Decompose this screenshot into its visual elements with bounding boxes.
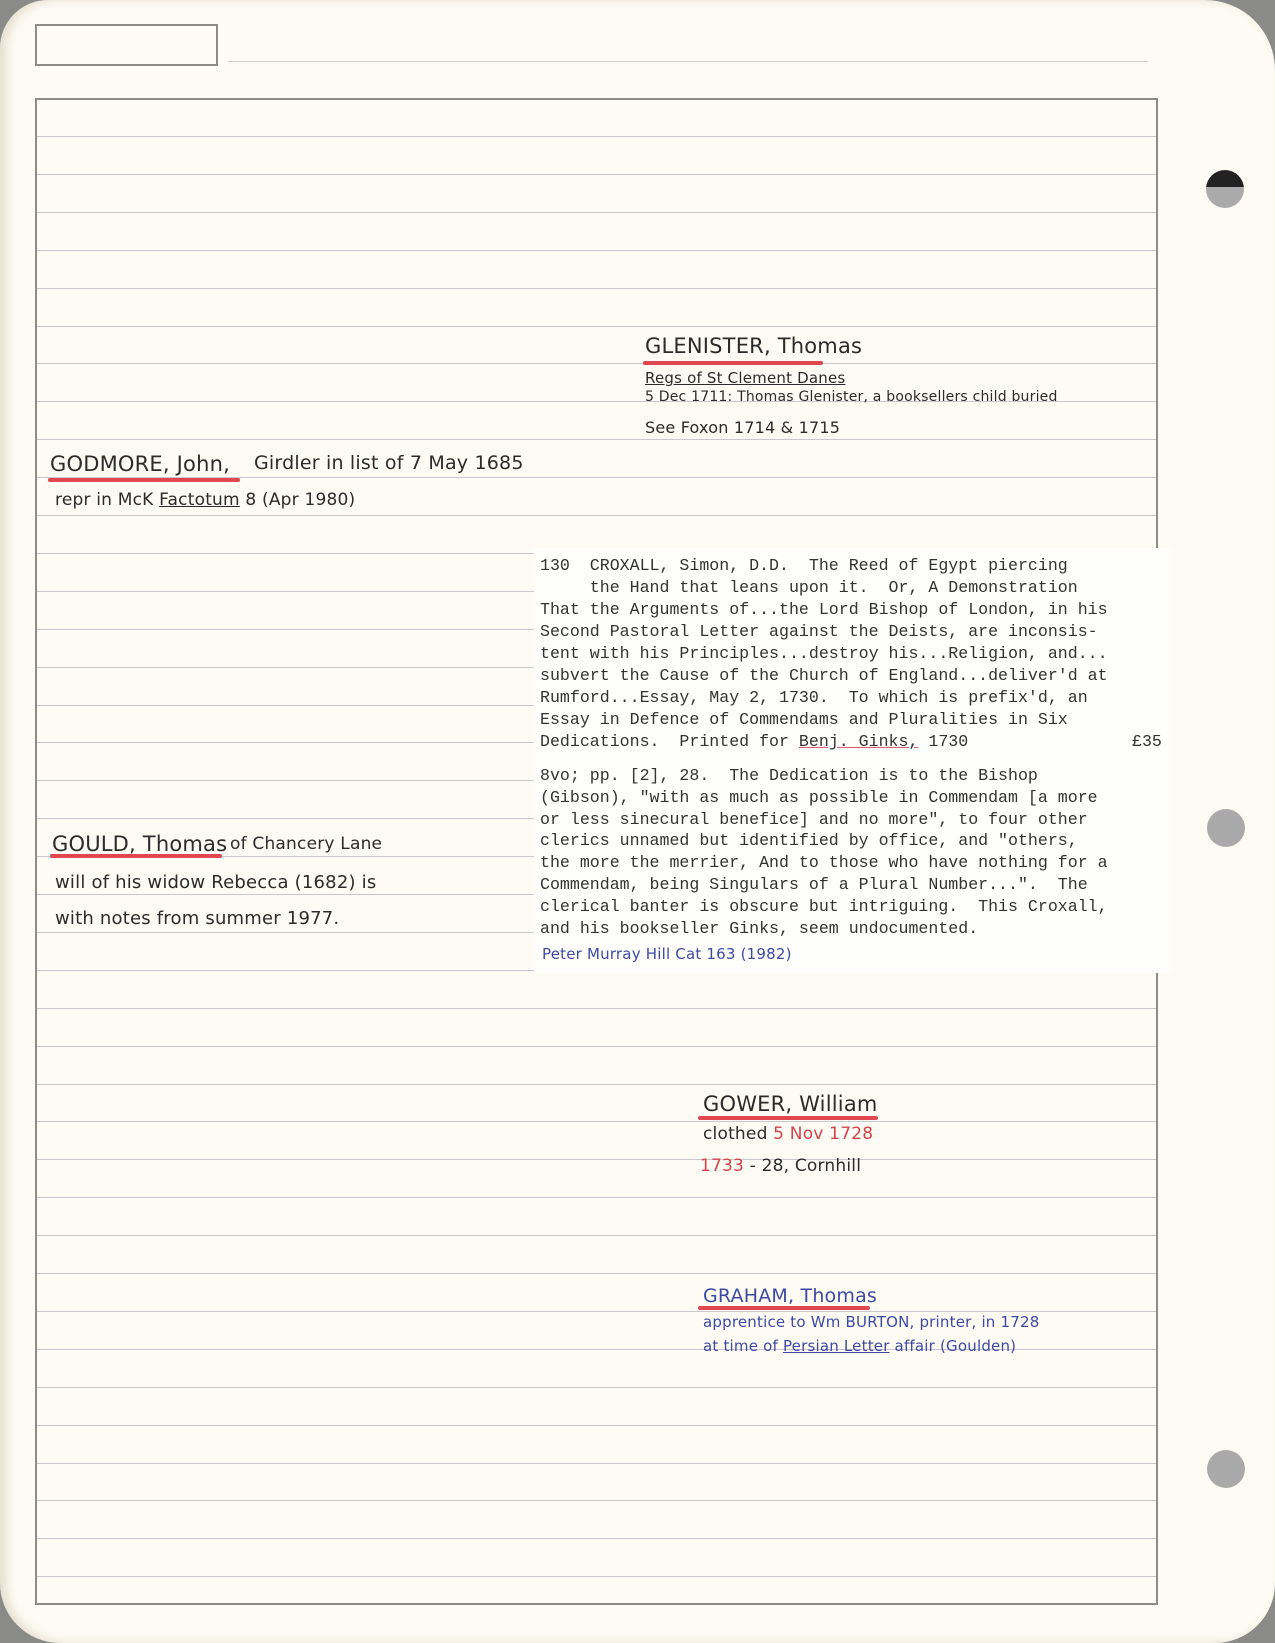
entry-line2: 1733 - 28, Cornhill [700,1156,861,1176]
affair-title: Persian Letter [783,1337,890,1355]
journal-title: Factotum [159,490,240,510]
red-underline [50,854,222,858]
clipping-note-line: (Gibson), "with as much as possible in C… [540,787,1098,809]
clipping-line: Rumford...Essay, May 2, 1730. To which i… [540,687,1088,709]
entry-source: Regs of St Clement Danes [645,369,845,387]
red-underline [698,1116,878,1120]
ruled-line [37,212,1156,213]
clipping-note-line: 8vo; pp. [2], 28. The Dedication is to t… [540,765,1038,787]
clipping-note-line: the more the merrier, And to those who h… [540,852,1108,874]
ruled-line [37,1008,1156,1009]
clipping-line: tent with his Principles...destroy his..… [540,643,1108,665]
clipping-note-line: clerical banter is obscure but intriguin… [540,896,1108,918]
ruled-line [37,1121,1156,1122]
ruled-line [37,1084,1156,1085]
entry-note: 5 Dec 1711: Thomas Glenister, a booksell… [645,389,1058,405]
clipping-source-note: Peter Murray Hill Cat 163 (1982) [542,945,792,963]
entry-line2: will of his widow Rebecca (1682) is [55,872,376,893]
ruled-line [37,1311,1156,1312]
clothed-date: 5 Nov 1728 [773,1124,873,1144]
binder-hole-top [1206,170,1244,208]
ruled-line [37,1046,1156,1047]
red-underline [698,1306,870,1310]
ruled-line [37,1425,1156,1426]
clipping-note-line: clerics unnamed but identified by office… [540,830,1078,852]
entry-line3: with notes from summer 1977. [55,908,339,929]
entry-see: See Foxon 1714 & 1715 [645,418,840,437]
clipping-line: Second Pastoral Letter against the Deist… [540,621,1098,643]
ruled-line [37,1235,1156,1236]
entry-line2: at time of Persian Letter affair (Goulde… [703,1337,1016,1355]
entry-line1: clothed 5 Nov 1728 [703,1124,873,1144]
ruled-line [37,136,1156,137]
bookseller-name: Benj. Ginks, [799,732,919,751]
ruled-line [37,1387,1156,1388]
clipping-note-line: or less sinecural benefice] and no more"… [540,809,1088,831]
ruled-line [37,1463,1156,1464]
clipping-note-line: and his bookseller Ginks, seem undocumen… [540,918,978,940]
ruled-line [37,326,1156,327]
ruled-line [37,1273,1156,1274]
ruled-line [37,1197,1156,1198]
clipping-note-line: Commendam, being Singulars of a Plural N… [540,874,1088,896]
clipping-line: Essay in Defence of Commendams and Plura… [540,709,1068,731]
entry-name: GRAHAM, Thomas [703,1285,877,1307]
entry-note: repr in McK Factotum 8 (Apr 1980) [55,490,355,510]
header-rule [228,61,1148,62]
entry-name: GLENISTER, Thomas [645,334,862,358]
ruled-line [37,1159,1156,1160]
clipping-line: 130 CROXALL, Simon, D.D. The Reed of Egy… [540,555,1068,577]
ruled-line [37,439,1156,440]
clipping-line: That the Arguments of...the Lord Bishop … [540,599,1108,621]
year-highlight: 1733 [700,1156,744,1176]
header-label-box [35,24,218,66]
entry-name: GODMORE, John, [50,452,230,476]
entry-name: GOULD, Thomas [52,832,227,856]
clipping-price: £35 [1132,732,1162,751]
ruled-line [37,1538,1156,1539]
red-underline [643,361,823,365]
clipping-line: the Hand that leans upon it. Or, A Demon… [540,577,1078,599]
ruled-line [37,250,1156,251]
clipping-imprint: Dedications. Printed for Benj. Ginks, 17… [540,731,968,753]
binder-hole-bottom [1207,1450,1245,1488]
binder-hole-middle [1207,809,1245,847]
ruled-line [37,1576,1156,1577]
ruled-line [37,1500,1156,1501]
ruled-line [37,363,1156,364]
entry-name: GOWER, William [703,1092,878,1116]
index-card: GLENISTER, Thomas Regs of St Clement Dan… [0,0,1275,1643]
ruled-line [37,288,1156,289]
entry-line1: apprentice to Wm BURTON, printer, in 172… [703,1313,1039,1331]
entry-detail: of Chancery Lane [230,834,382,854]
ruled-line [37,515,1156,516]
entry-detail: Girdler in list of 7 May 1685 [254,452,524,474]
clipping-line: subvert the Cause of the Church of Engla… [540,665,1108,687]
ruled-line [37,174,1156,175]
red-underline [48,478,240,482]
